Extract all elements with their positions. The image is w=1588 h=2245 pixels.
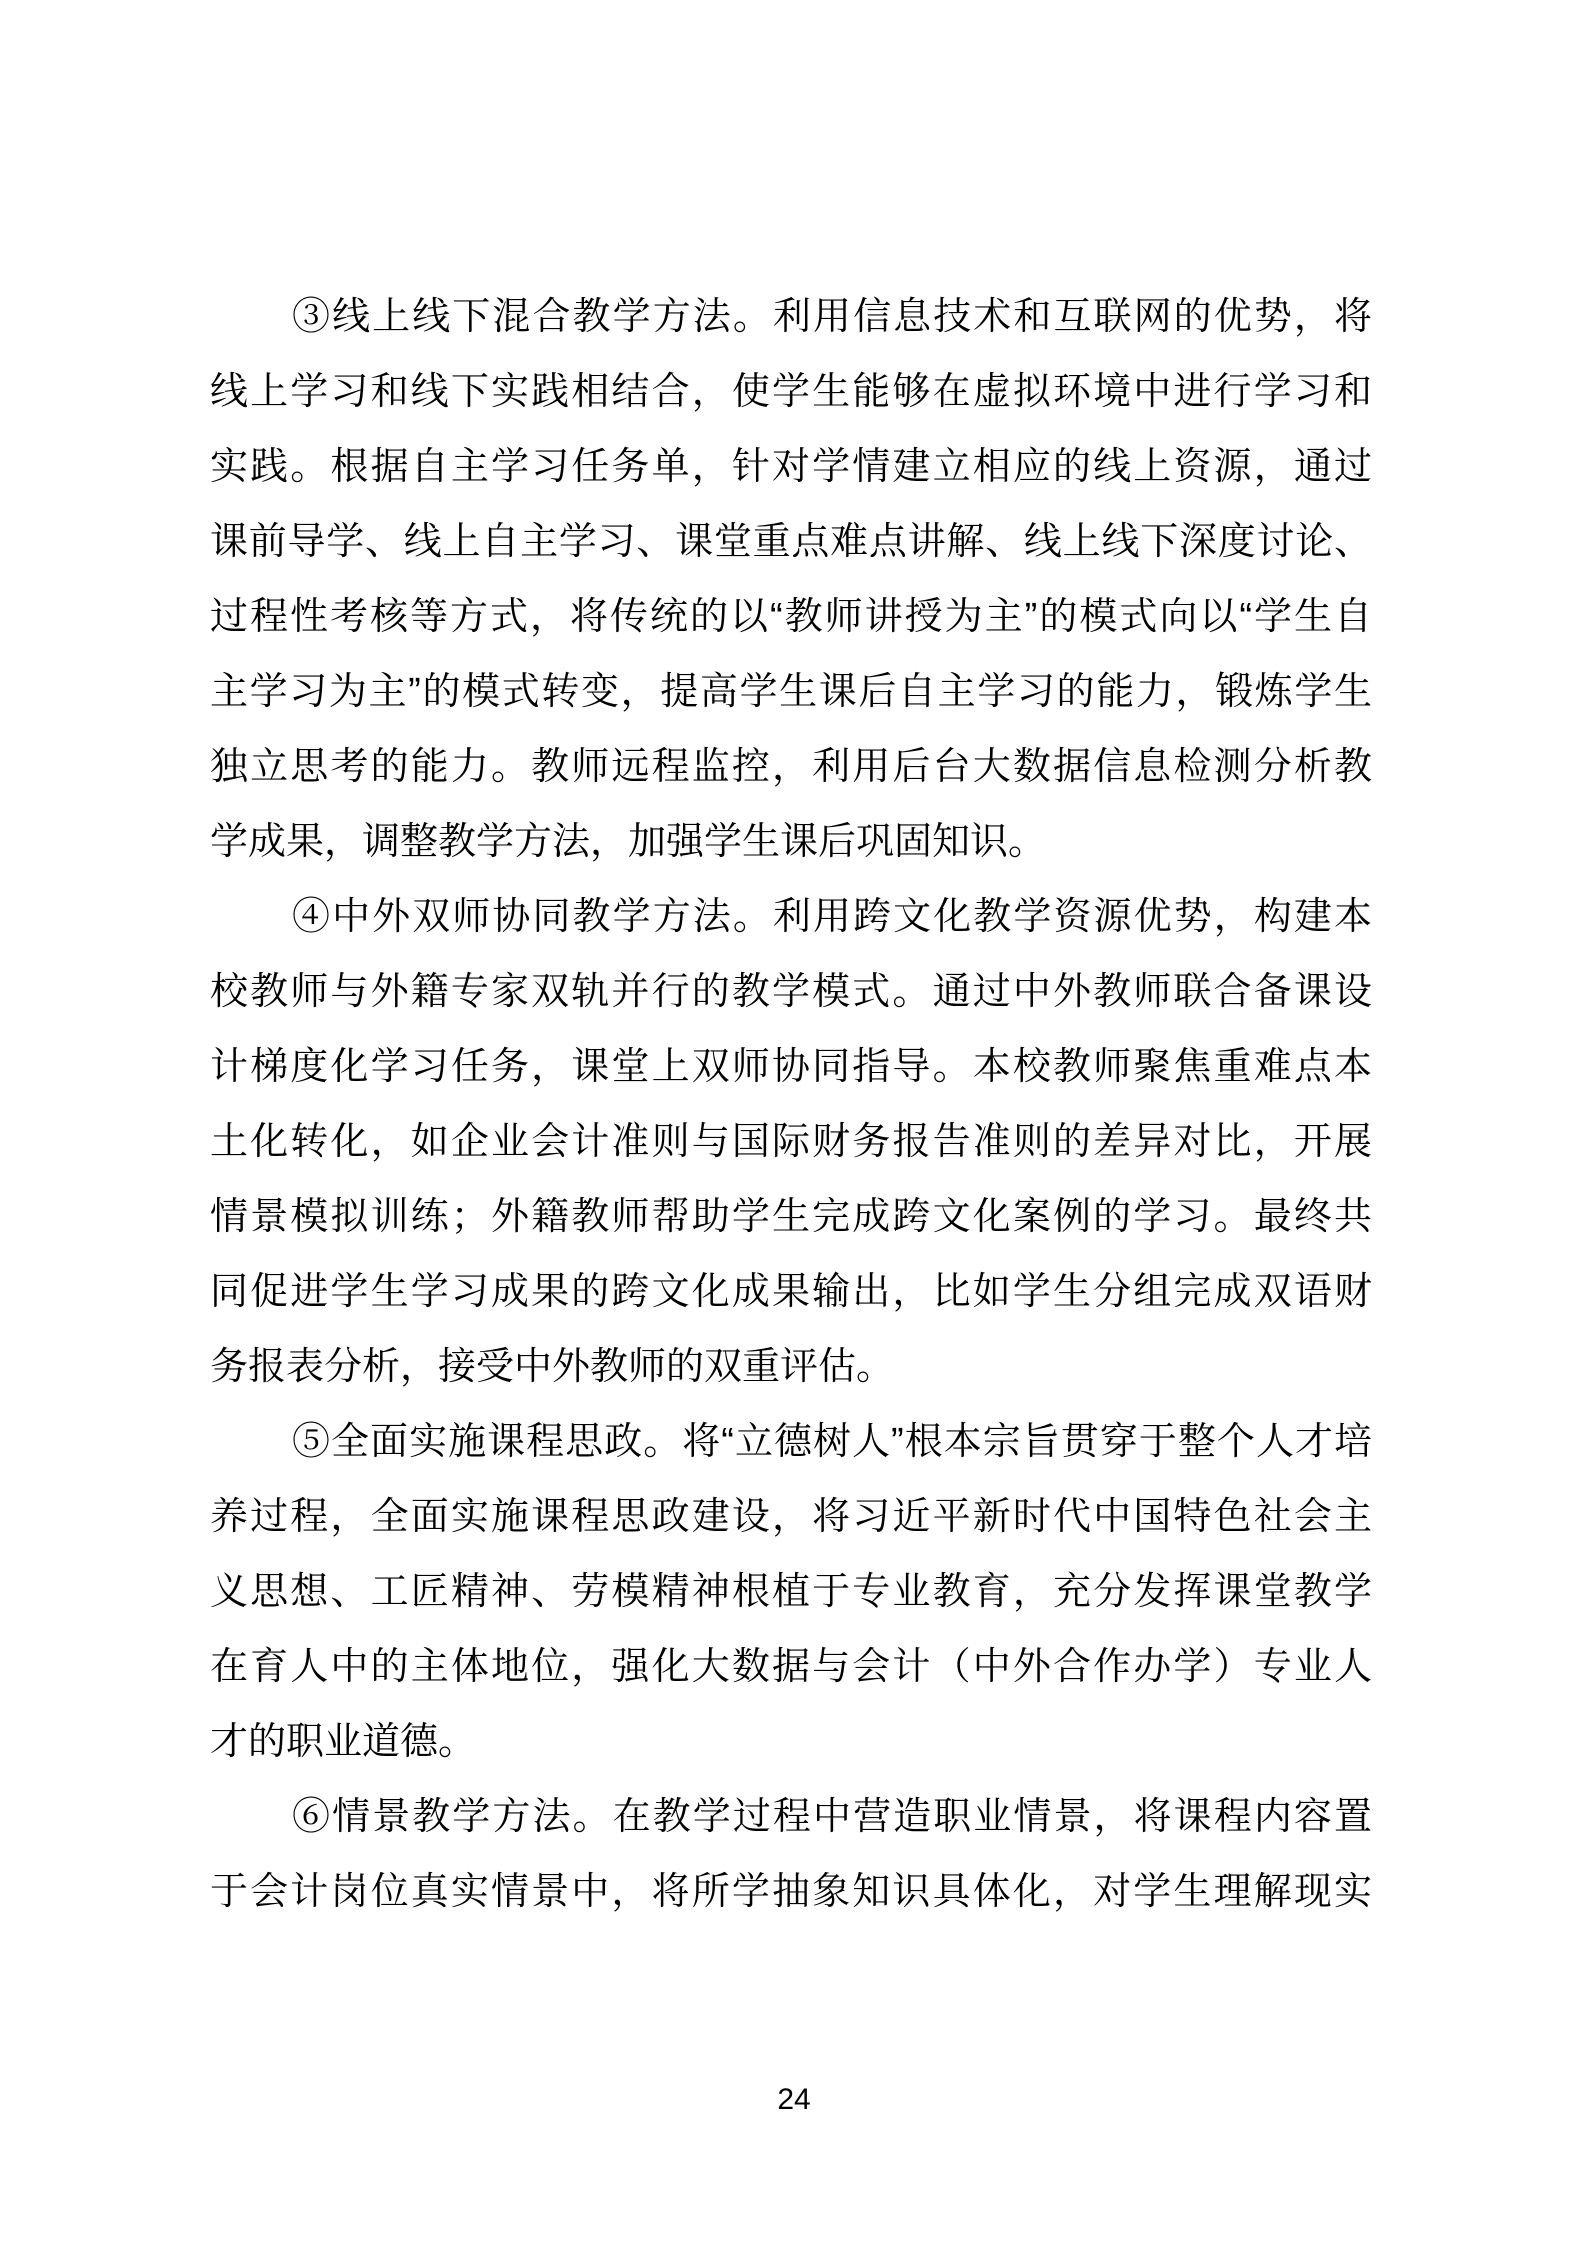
text-line: 计梯度化学习任务，课堂上双师协同指导。本校教师聚焦重难点本	[210, 1030, 1372, 1105]
text-line: 才的职业道德。	[210, 1705, 1372, 1780]
text-line: 务报表分析，接受中外教师的双重评估。	[210, 1330, 1372, 1405]
text-line: 校教师与外籍专家双轨并行的教学模式。通过中外教师联合备课设	[210, 955, 1372, 1030]
text-line: 主学习为主”的模式转变，提高学生课后自主学习的能力，锻炼学生	[210, 655, 1372, 730]
text-line: 课前导学、线上自主学习、课堂重点难点讲解、线上线下深度讨论、	[210, 505, 1372, 580]
text-line: ⑤全面实施课程思政。将“立德树人”根本宗旨贯穿于整个人才培	[210, 1405, 1372, 1480]
text-line: 情景模拟训练；外籍教师帮助学生完成跨文化案例的学习。最终共	[210, 1180, 1372, 1255]
text-line: 实践。根据自主学习任务单，针对学情建立相应的线上资源，通过	[210, 430, 1372, 505]
text-line: 线上学习和线下实践相结合，使学生能够在虚拟环境中进行学习和	[210, 355, 1372, 430]
text-line: 土化转化，如企业会计准则与国际财务报告准则的差异对比，开展	[210, 1105, 1372, 1180]
text-line: 义思想、工匠精神、劳模精神根植于专业教育，充分发挥课堂教学	[210, 1555, 1372, 1630]
text-line: 在育人中的主体地位，强化大数据与会计（中外合作办学）专业人	[210, 1630, 1372, 1705]
text-line: ④中外双师协同教学方法。利用跨文化教学资源优势，构建本	[210, 880, 1372, 955]
text-line: 于会计岗位真实情景中，将所学抽象知识具体化，对学生理解现实	[210, 1855, 1372, 1930]
page-number: 24	[0, 2082, 1588, 2118]
text-line: ⑥情景教学方法。在教学过程中营造职业情景，将课程内容置	[210, 1780, 1372, 1855]
document-page: ③线上线下混合教学方法。利用信息技术和互联网的优势，将线上学习和线下实践相结合，…	[0, 0, 1588, 2245]
text-line: 独立思考的能力。教师远程监控，利用后台大数据信息检测分析教	[210, 730, 1372, 805]
text-line: 学成果，调整教学方法，加强学生课后巩固知识。	[210, 805, 1372, 880]
text-line: 同促进学生学习成果的跨文化成果输出，比如学生分组完成双语财	[210, 1255, 1372, 1330]
text-line: ③线上线下混合教学方法。利用信息技术和互联网的优势，将	[210, 280, 1372, 355]
text-line: 养过程，全面实施课程思政建设，将习近平新时代中国特色社会主	[210, 1480, 1372, 1555]
page-body: ③线上线下混合教学方法。利用信息技术和互联网的优势，将线上学习和线下实践相结合，…	[210, 280, 1372, 1930]
text-line: 过程性考核等方式，将传统的以“教师讲授为主”的模式向以“学生自	[210, 580, 1372, 655]
